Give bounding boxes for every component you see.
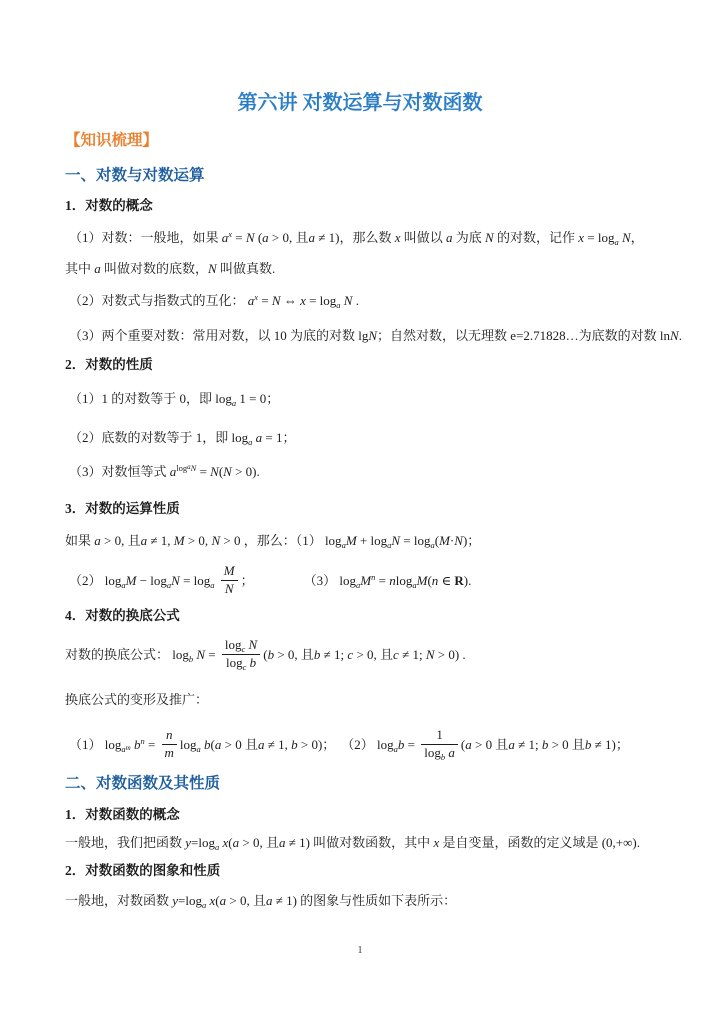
para-log-identity: （3）对数恒等式 alogaN = N(N > 0). [69,462,260,482]
para-log-exp-conversion: （2）对数式与指数式的互化： ax = N ⇔ x = loga N . [69,291,359,311]
para-operation-rule-1: 如果 a > 0, 且a ≠ 1, M > 0, N > 0 ，那么：（1） l… [65,531,480,551]
section-2-heading: 二、对数函数及其性质 [65,774,220,794]
item-4-change-of-base-heading: 4．对数的换底公式 [65,606,180,626]
para-two-important-logs: （3）两个重要对数：常用对数，以 10 为底的对数 lgN；自然对数，以无理数 … [69,326,682,346]
para-logfn-definition: 一般地，我们把函数 y=loga x(a > 0, 且a ≠ 1) 叫做对数函数… [65,833,640,853]
para-log-definition-cont: 其中 a 叫做对数的底数，N 叫做真数. [65,259,275,279]
knowledge-outline-header: 【知识梳理】 [65,131,158,151]
para-log-definition: （1）对数：一般地，如果 ax = N (a > 0, 且a ≠ 1)，那么数 … [69,228,644,248]
para-change-of-base-extensions: （1） logam bn = nmloga b(a > 0 且a ≠ 1, b … [69,725,629,765]
document-page: 第六讲 对数运算与对数函数 【知识梳理】 一、对数与对数运算 1．对数的概念 （… [0,0,720,1018]
page-number: 1 [0,942,720,958]
para-log-of-base: （2）底数的对数等于 1，即 loga a = 1； [69,428,295,448]
para-log-of-1: （1）1 的对数等于 0，即 loga 1 = 0； [69,389,279,409]
para-change-of-base-ext-label: 换底公式的变形及推广： [65,690,208,710]
doc-title: 第六讲 对数运算与对数函数 [0,90,720,116]
section-1-heading: 一、对数与对数运算 [65,166,205,186]
item-1-logfn-concept-heading: 1．对数函数的概念 [65,805,180,825]
item-1-log-concept-heading: 1．对数的概念 [65,196,153,216]
para-logfn-graph-intro: 一般地，对数函数 y=loga x(a > 0, 且a ≠ 1) 的图象与性质如… [65,891,456,911]
item-2-logfn-graph-heading: 2．对数函数的图象和性质 [65,861,220,881]
item-3-operation-rules-heading: 3．对数的运算性质 [65,499,180,519]
item-2-log-properties-heading: 2．对数的性质 [65,355,153,375]
para-change-of-base-formula: 对数的换底公式： logb N = logc Nlogc b(b > 0, 且b… [65,635,466,675]
para-operation-rule-2-3: （2） logaM − logaN = loga MN；（3） logaMn =… [69,561,471,601]
